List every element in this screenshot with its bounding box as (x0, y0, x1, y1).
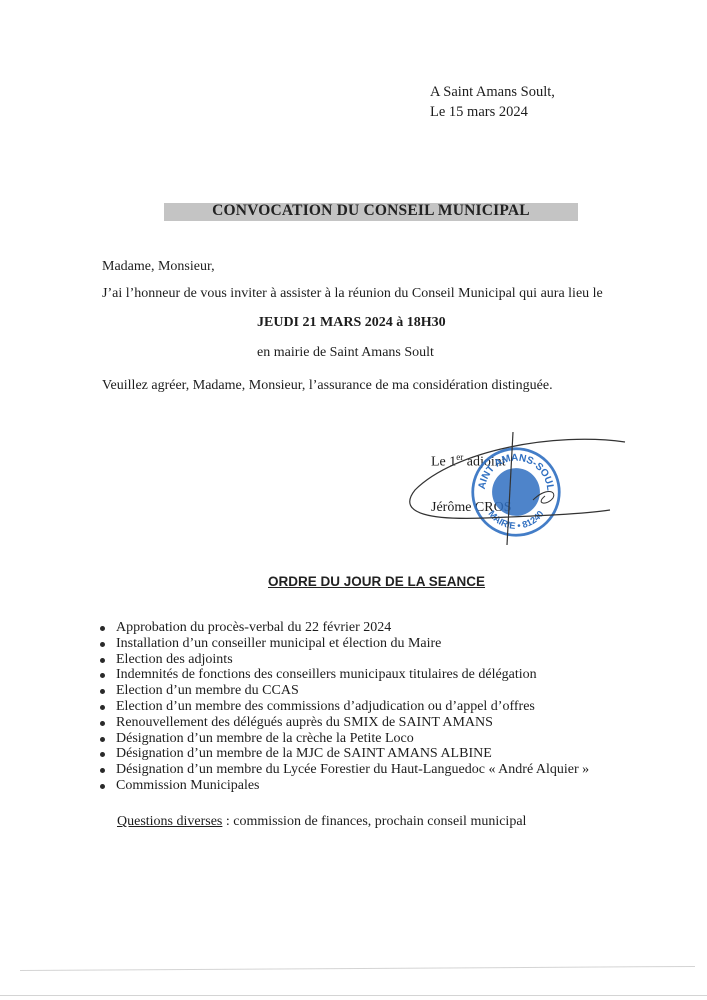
agenda-item: Election d’un membre du CCAS (98, 683, 589, 699)
meeting-datetime: JEUDI 21 MARS 2024 à 18H30 (0, 315, 707, 331)
agenda-item: Commission Municipales (98, 778, 589, 794)
agenda-title: ORDRE DU JOUR DE LA SEANCE (268, 574, 485, 589)
agenda-list: Approbation du procès-verbal du 22 févri… (98, 620, 589, 794)
agenda-item: Désignation d’un membre de la MJC de SAI… (98, 746, 589, 762)
agenda-item: Installation d’un conseiller municipal e… (98, 636, 589, 652)
agenda-item: Election des adjoints (98, 652, 589, 668)
agenda-item: Renouvellement des délégués auprès du SM… (98, 715, 589, 731)
intro-paragraph: J’ai l’honneur de vous inviter à assiste… (102, 286, 603, 302)
meeting-venue: en mairie de Saint Amans Soult (257, 345, 434, 361)
other-questions: Questions diverses : commission de finan… (117, 814, 526, 830)
place-and-date: A Saint Amans Soult, Le 15 mars 2024 (430, 82, 555, 122)
letter-date: Le 15 mars 2024 (430, 102, 555, 122)
agenda-item: Désignation d’un membre de la crèche la … (98, 731, 589, 747)
place: A Saint Amans Soult, (430, 82, 555, 102)
agenda-item: Election d’un membre des commissions d’a… (98, 699, 589, 715)
other-questions-text: : commission de finances, prochain conse… (222, 814, 526, 829)
closing-formula: Veuillez agréer, Madame, Monsieur, l’ass… (102, 378, 553, 394)
document-title: CONVOCATION DU CONSEIL MUNICIPAL (164, 202, 578, 220)
salutation: Madame, Monsieur, (102, 259, 215, 275)
scan-artifact-line (0, 995, 707, 996)
scan-artifact-line (20, 966, 695, 971)
other-questions-label: Questions diverses (117, 814, 222, 829)
agenda-item: Approbation du procès-verbal du 22 févri… (98, 620, 589, 636)
handwritten-signature-icon (395, 430, 635, 545)
agenda-item: Désignation d’un membre du Lycée Foresti… (98, 762, 589, 778)
agenda-item: Indemnités de fonctions des conseillers … (98, 667, 589, 683)
